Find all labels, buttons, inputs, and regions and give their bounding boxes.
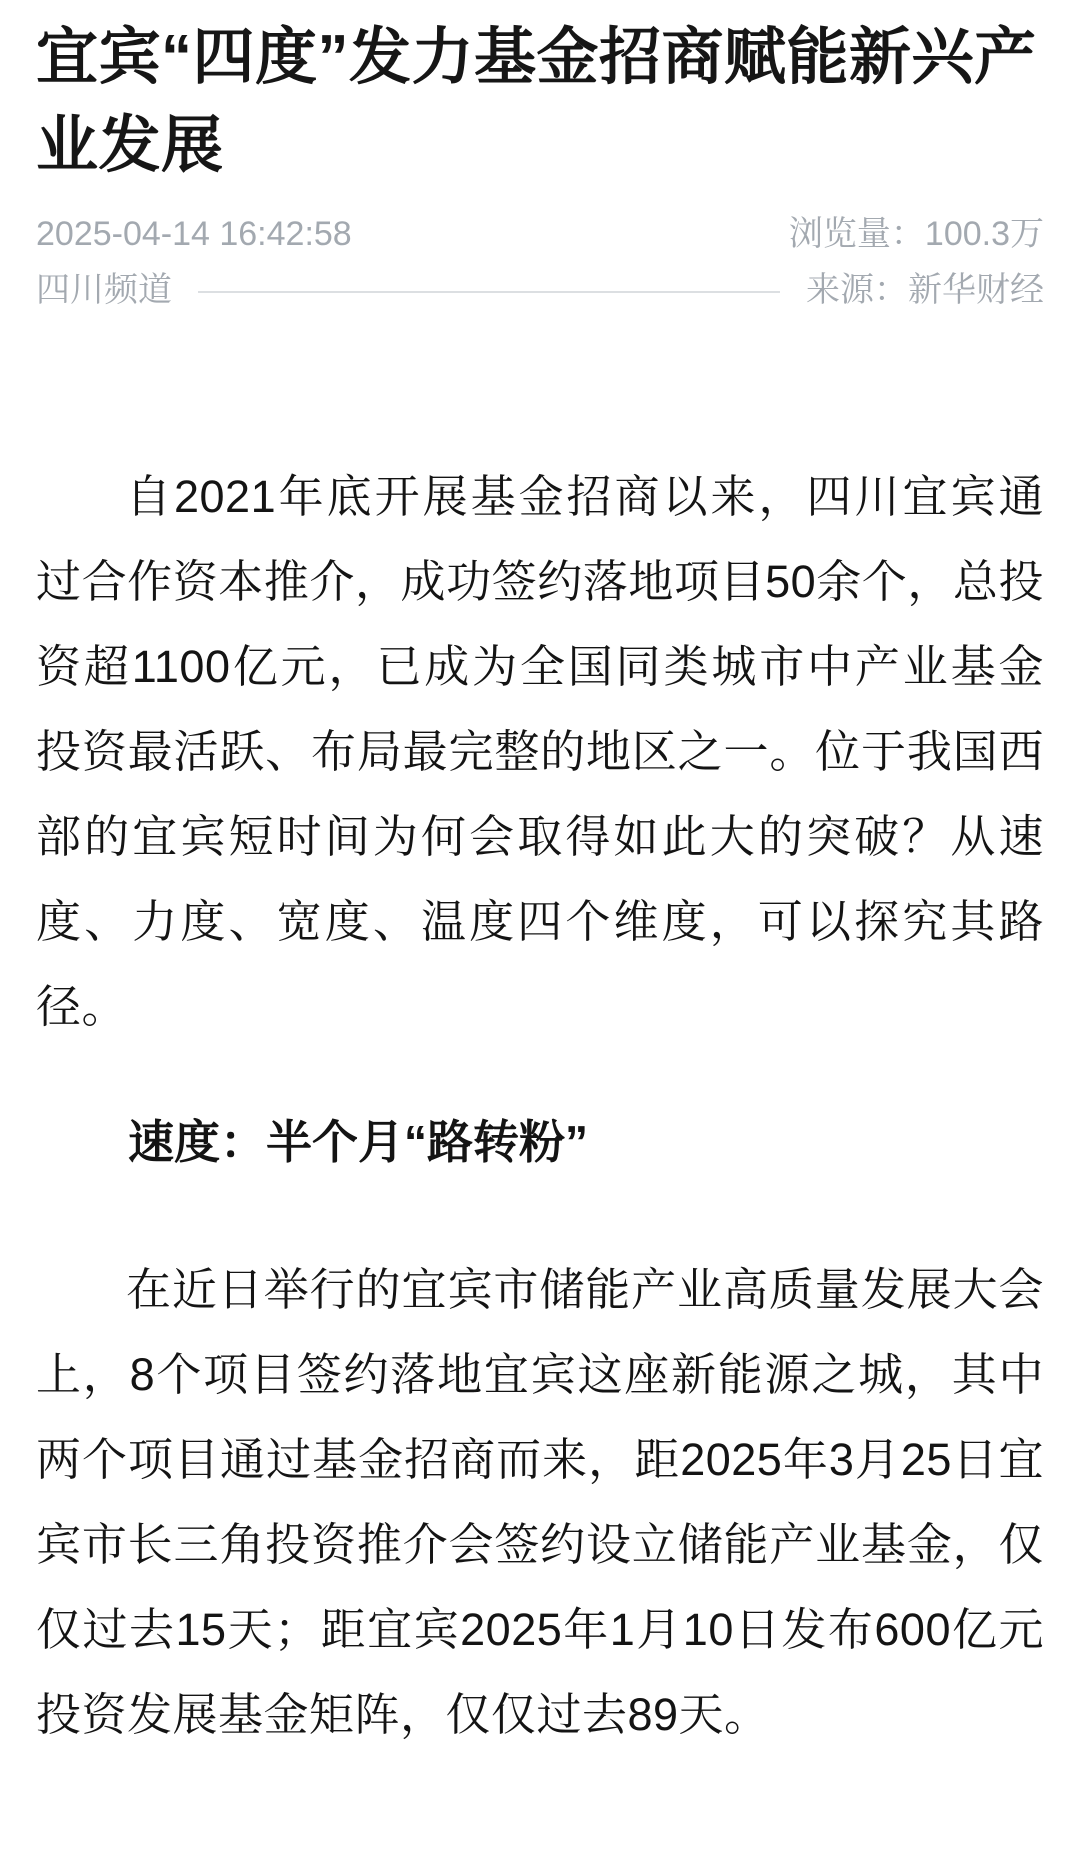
publish-datetime: 2025-04-14 16:42:58 — [36, 212, 352, 256]
paragraph-speed: 在近日举行的宜宾市储能产业高质量发展大会上，8个项目签约落地宜宾这座新能源之城，… — [36, 1247, 1044, 1757]
meta-divider — [198, 291, 780, 293]
meta-row-top: 2025-04-14 16:42:58 浏览量：100.3万 — [36, 212, 1044, 256]
channel-label: 四川频道 — [36, 268, 172, 312]
page-title: 宜宾“四度”发力基金招商赋能新兴产业发展 — [36, 14, 1044, 190]
source-label: 来源： — [806, 271, 908, 309]
section-heading-speed: 速度：半个月“路转粉” — [36, 1100, 1044, 1185]
source-value: 新华财经 — [908, 271, 1044, 309]
views-value: 100.3万 — [925, 215, 1044, 253]
meta-row-bottom: 四川频道 来源：新华财经 — [36, 268, 1044, 312]
article-page: 宜宾“四度”发力基金招商赋能新兴产业发展 2025-04-14 16:42:58… — [0, 0, 1080, 1869]
views-label: 浏览量： — [789, 215, 925, 253]
paragraph-intro: 自2021年底开展基金招商以来，四川宜宾通过合作资本推介，成功签约落地项目50余… — [36, 454, 1044, 1049]
views-counter: 浏览量：100.3万 — [789, 212, 1044, 256]
source: 来源：新华财经 — [806, 268, 1044, 312]
